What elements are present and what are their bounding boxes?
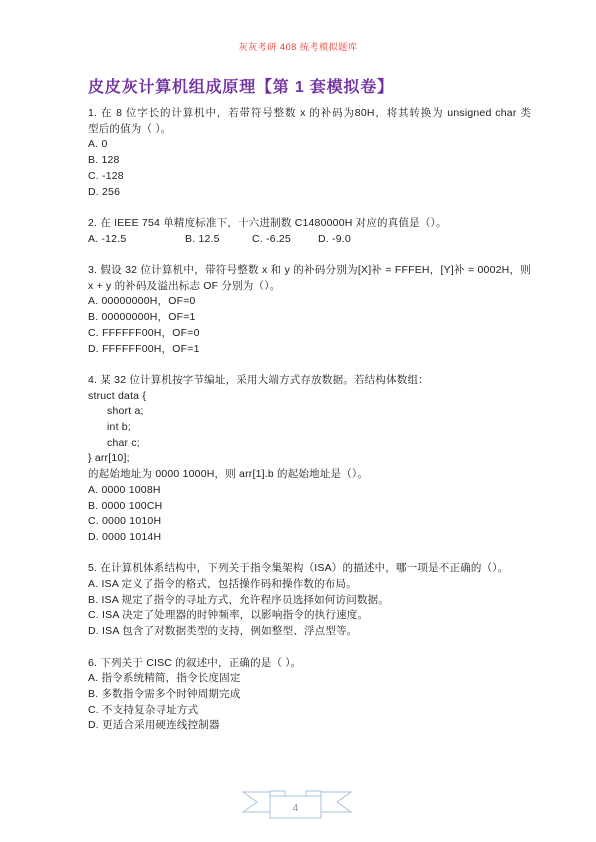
answer-option: D. 更适合采用硬连线控制器 [88,718,531,734]
answer-option: A. ISA 定义了指令的格式，包括操作码和操作数的布局。 [88,577,531,593]
question-stem-line: 1. 在 8 位字长的计算机中，若带符号整数 x 的补码为80H，将其转换为 u… [88,106,531,122]
question: 1. 在 8 位字长的计算机中，若带符号整数 x 的补码为80H，将其转换为 u… [88,106,531,200]
question-stem-line: 的起始地址为 0000 1000H，则 arr[1].b 的起始地址是（）。 [88,467,531,483]
document-page: 灰灰考研 408 统考模拟题库 皮皮灰计算机组成原理【第 1 套模拟卷】 1. … [0,0,596,842]
question: 4. 某 32 位计算机按字节编址，采用大端方式存放数据。若结构体数组：stru… [88,373,531,546]
ribbon-left-fold [270,791,285,796]
question-stem-line: 4. 某 32 位计算机按字节编址，采用大端方式存放数据。若结构体数组： [88,373,531,389]
answer-option: D. -9.0 [318,232,351,248]
answer-option: A. 0000 1008H [88,483,531,499]
answer-option: C. 不支持复杂寻址方式 [88,703,531,719]
question-list: 1. 在 8 位字长的计算机中，若带符号整数 x 的补码为80H，将其转换为 u… [88,106,531,750]
question: 6. 下列关于 CISC 的叙述中，正确的是（ ）。A. 指令系统精简，指令长度… [88,656,531,735]
question-stem-line: 型后的值为（ ）。 [88,122,531,138]
answer-option: B. 00000000H，OF=1 [88,310,531,326]
question: 5. 在计算机体系结构中，下列关于指令集架构（ISA）的描述中，哪一项是不正确的… [88,561,531,640]
answer-option: B. 0000 100CH [88,499,531,515]
answer-option: C. 0000 1010H [88,514,531,530]
answer-option: D. FFFFFF00H，OF=1 [88,342,531,358]
question: 3. 假设 32 位计算机中，带符号整数 x 和 y 的补码分别为[X]补 = … [88,263,531,357]
answer-option: D. ISA 包含了对数据类型的支持，例如整型、浮点型等。 [88,624,531,640]
answer-option: C. -128 [88,169,531,185]
answer-option: B. 多数指令需多个时钟周期完成 [88,687,531,703]
answer-option: A. 0 [88,137,531,153]
code-line: int b; [88,420,531,436]
page-title: 皮皮灰计算机组成原理【第 1 套模拟卷】 [88,74,394,97]
answer-option: B. 12.5 [185,232,252,248]
page-footer: 4 [240,790,356,826]
question: 2. 在 IEEE 754 单精度标准下，十六进制数 C1480000H 对应的… [88,216,531,247]
answer-option: A. -12.5 [88,232,185,248]
code-line: char c; [88,436,531,452]
question-stem-line: 2. 在 IEEE 754 单精度标准下，十六进制数 C1480000H 对应的… [88,216,531,232]
answer-option: D. 0000 1014H [88,530,531,546]
code-line: short a; [88,404,531,420]
question-stem-line: 6. 下列关于 CISC 的叙述中，正确的是（ ）。 [88,656,531,672]
answer-option: D. 256 [88,185,531,201]
options-row: A. -12.5B. 12.5C. -6.25D. -9.0 [88,232,531,248]
answer-option: A. 指令系统精简，指令长度固定 [88,671,531,687]
answer-option: B. ISA 规定了指令的寻址方式，允许程序员选择如何访问数据。 [88,593,531,609]
answer-option: C. -6.25 [252,232,318,248]
ribbon-right-fold [306,791,321,796]
document-header: 灰灰考研 408 统考模拟题库 [0,40,596,53]
code-line: struct data { [88,389,531,405]
page-number: 4 [293,803,299,814]
code-line: } arr[10]; [88,451,531,467]
answer-option: A. 00000000H，OF=0 [88,294,531,310]
question-stem-line: 5. 在计算机体系结构中，下列关于指令集架构（ISA）的描述中，哪一项是不正确的… [88,561,531,577]
answer-option: B. 128 [88,153,531,169]
ribbon-banner: 4 [240,790,356,826]
question-stem-line: x + y 的补码及溢出标志 OF 分别为（）。 [88,279,531,295]
answer-option: C. FFFFFF00H，OF=0 [88,326,531,342]
answer-option: C. ISA 决定了处理器的时钟频率，以影响指令的执行速度。 [88,608,531,624]
question-stem-line: 3. 假设 32 位计算机中，带符号整数 x 和 y 的补码分别为[X]补 = … [88,263,531,279]
